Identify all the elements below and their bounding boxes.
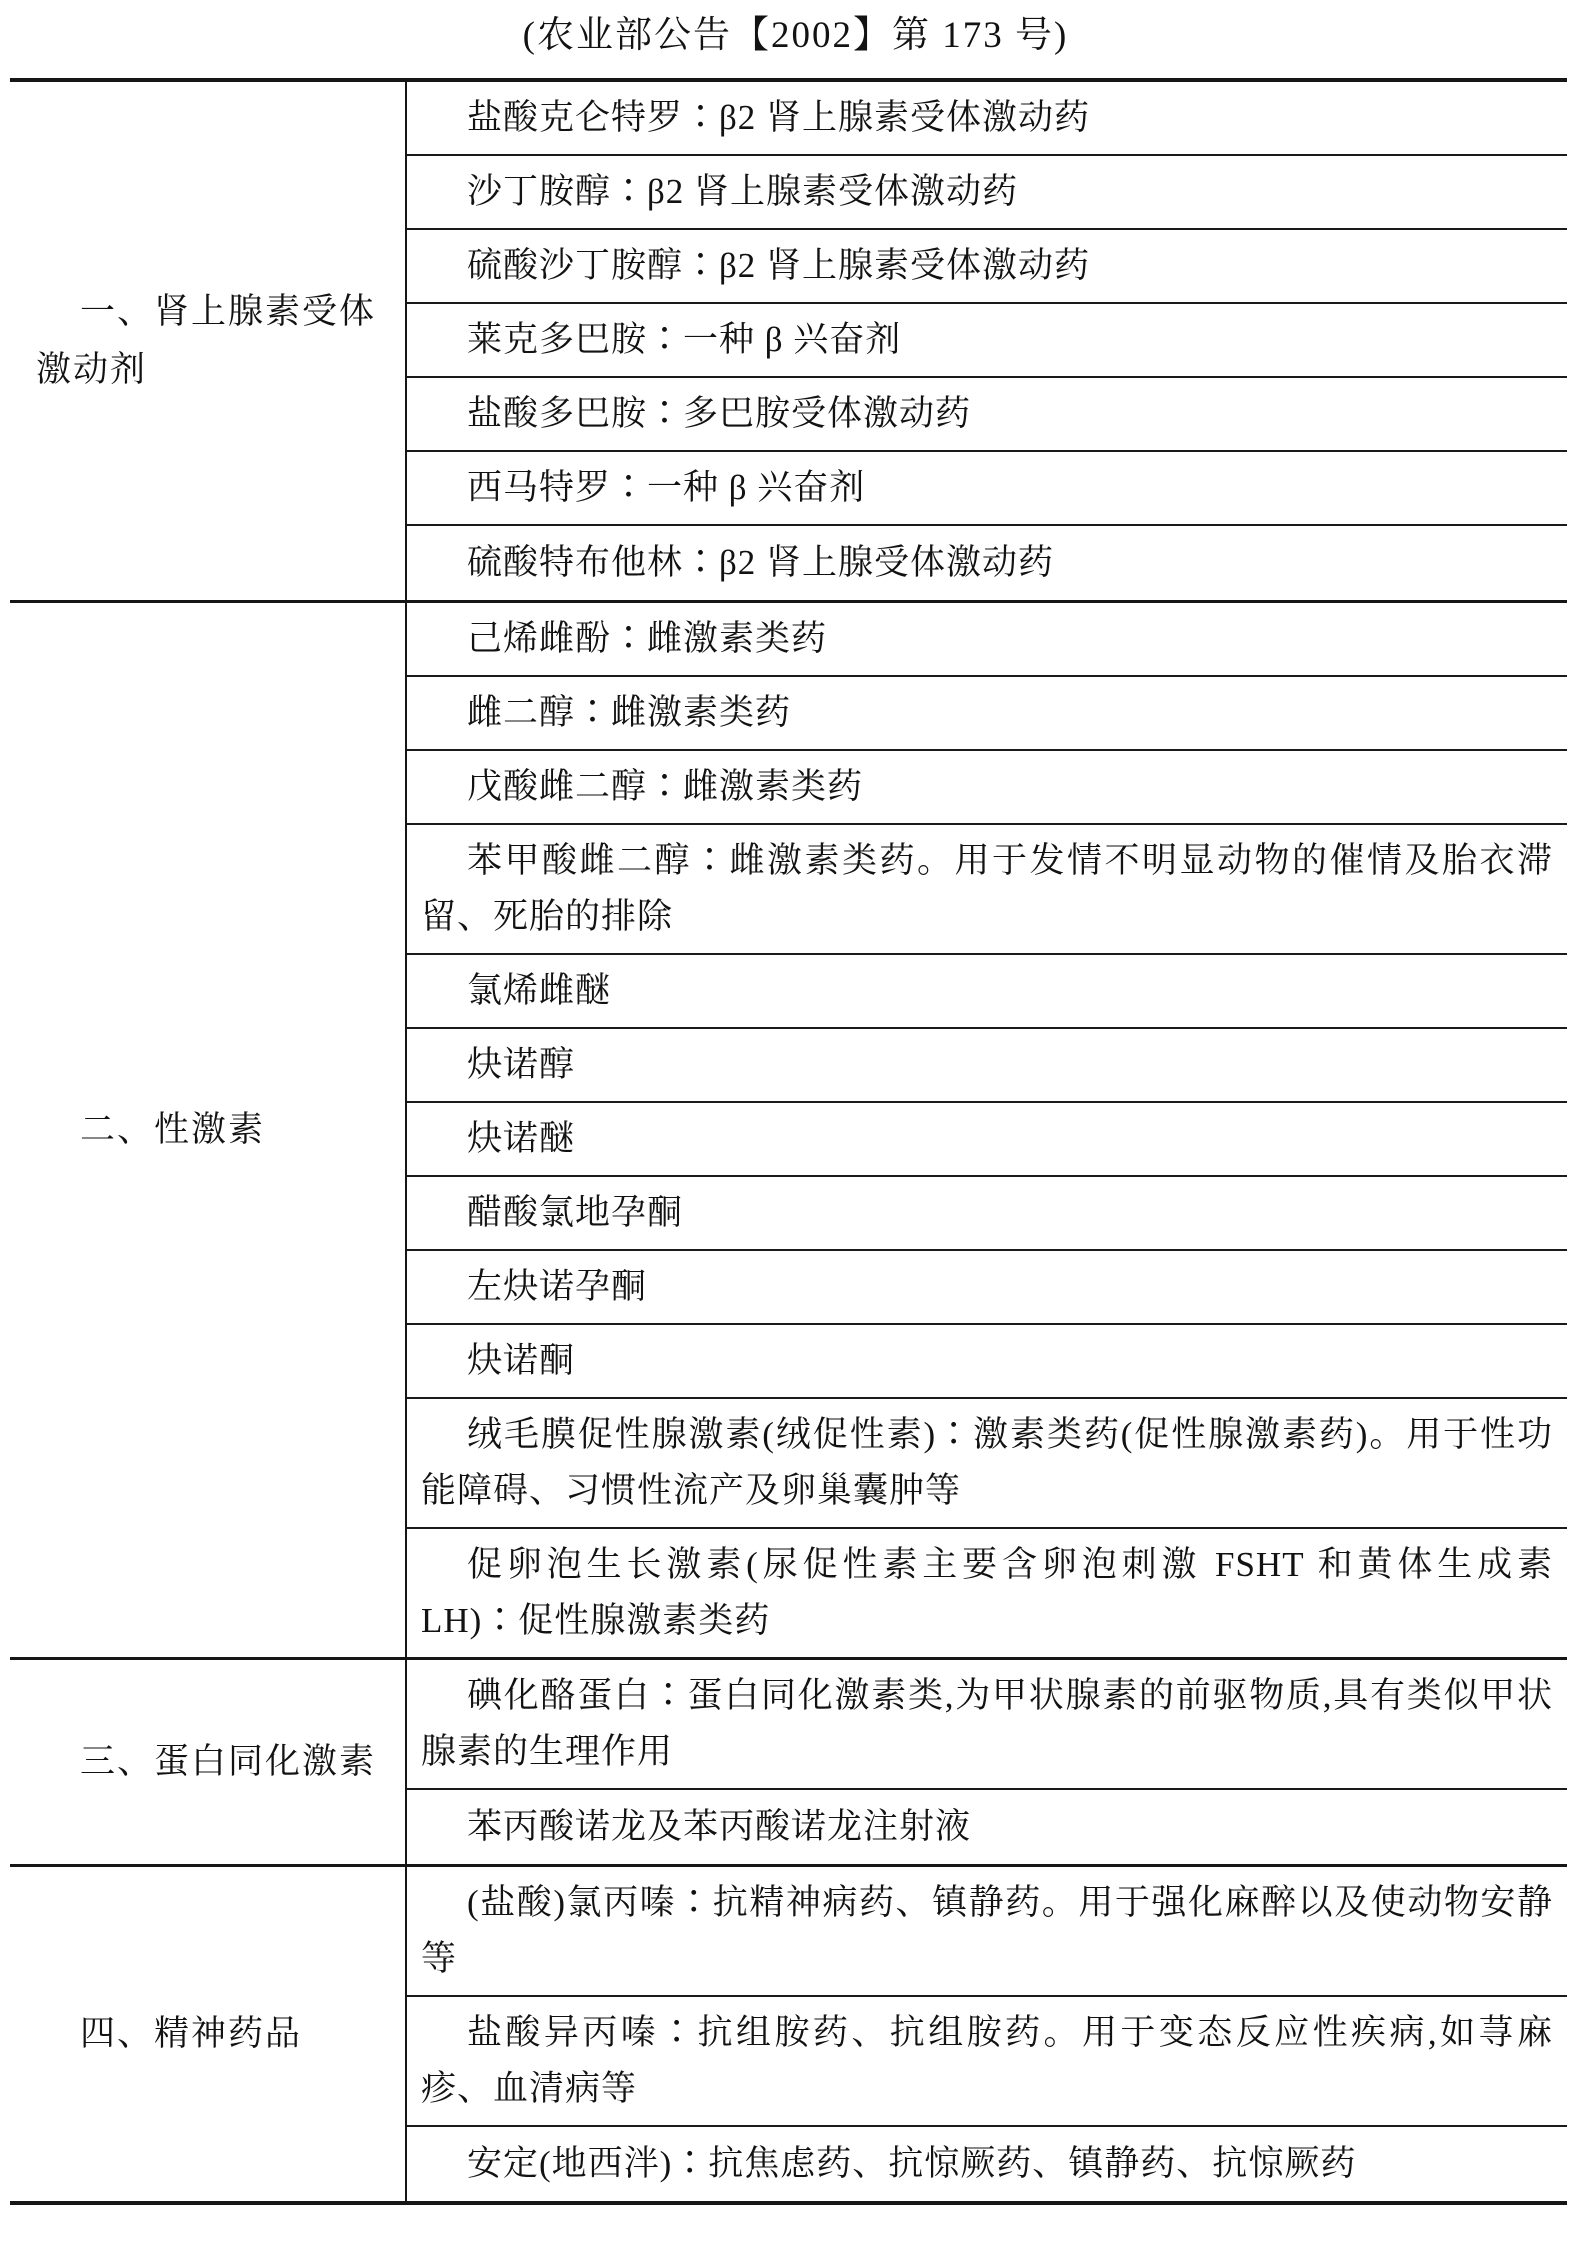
- table-row: 盐酸多巴胺∶多巴胺受体激动药: [407, 378, 1567, 452]
- document-page: (农业部公告【2002】第 173 号) 一、肾上腺素受体 激动剂 盐酸克仑特罗…: [0, 0, 1591, 2243]
- table-row: 苯甲酸雌二醇∶雌激素类药。用于发情不明显动物的催情及胎衣滞留、死胎的排除: [407, 825, 1567, 955]
- table-row: 苯丙酸诺龙及苯丙酸诺龙注射液: [407, 1790, 1567, 1864]
- table-row: 雌二醇∶雌激素类药: [407, 677, 1567, 751]
- category-cell: 一、肾上腺素受体 激动剂: [10, 82, 407, 600]
- section-adrenergic: 一、肾上腺素受体 激动剂 盐酸克仑特罗∶β2 肾上腺素受体激动药 沙丁胺醇∶β2…: [10, 82, 1567, 603]
- table-row: 西马特罗∶一种 β 兴奋剂: [407, 452, 1567, 526]
- category-cell: 二、性激素: [10, 603, 407, 1657]
- table-row: 碘化酪蛋白∶蛋白同化激素类,为甲状腺素的前驱物质,具有类似甲状腺素的生理作用: [407, 1660, 1567, 1790]
- table-row: 炔诺醚: [407, 1103, 1567, 1177]
- section-sex-hormones: 二、性激素 己烯雌酚∶雌激素类药 雌二醇∶雌激素类药 戊酸雌二醇∶雌激素类药 苯…: [10, 603, 1567, 1660]
- table-row: 左炔诺孕酮: [407, 1251, 1567, 1325]
- table-row: 安定(地西泮)∶抗焦虑药、抗惊厥药、镇静药、抗惊厥药: [407, 2127, 1567, 2201]
- table-row: (盐酸)氯丙嗪∶抗精神病药、镇静药。用于强化麻醉以及使动物安静等: [407, 1867, 1567, 1997]
- table-row: 莱克多巴胺∶一种 β 兴奋剂: [407, 304, 1567, 378]
- table-row: 硫酸特布他林∶β2 肾上腺受体激动药: [407, 526, 1567, 600]
- page-title: (农业部公告【2002】第 173 号): [0, 0, 1591, 60]
- rows-column: 己烯雌酚∶雌激素类药 雌二醇∶雌激素类药 戊酸雌二醇∶雌激素类药 苯甲酸雌二醇∶…: [407, 603, 1567, 1657]
- table-row: 己烯雌酚∶雌激素类药: [407, 603, 1567, 677]
- table-row: 沙丁胺醇∶β2 肾上腺素受体激动药: [407, 156, 1567, 230]
- table-row: 炔诺醇: [407, 1029, 1567, 1103]
- section-anabolic: 三、蛋白同化激素 碘化酪蛋白∶蛋白同化激素类,为甲状腺素的前驱物质,具有类似甲状…: [10, 1660, 1567, 1867]
- rows-column: 盐酸克仑特罗∶β2 肾上腺素受体激动药 沙丁胺醇∶β2 肾上腺素受体激动药 硫酸…: [407, 82, 1567, 600]
- prohibited-drugs-table: 一、肾上腺素受体 激动剂 盐酸克仑特罗∶β2 肾上腺素受体激动药 沙丁胺醇∶β2…: [10, 78, 1567, 2205]
- table-row: 盐酸异丙嗪∶抗组胺药、抗组胺药。用于变态反应性疾病,如荨麻疹、血清病等: [407, 1997, 1567, 2127]
- table-row: 醋酸氯地孕酮: [407, 1177, 1567, 1251]
- category-cell: 四、精神药品: [10, 1867, 407, 2201]
- table-row: 硫酸沙丁胺醇∶β2 肾上腺素受体激动药: [407, 230, 1567, 304]
- table-row: 戊酸雌二醇∶雌激素类药: [407, 751, 1567, 825]
- table-row: 绒毛膜促性腺激素(绒促性素)∶激素类药(促性腺激素药)。用于性功能障碍、习惯性流…: [407, 1399, 1567, 1529]
- category-cell: 三、蛋白同化激素: [10, 1660, 407, 1864]
- rows-column: (盐酸)氯丙嗪∶抗精神病药、镇静药。用于强化麻醉以及使动物安静等 盐酸异丙嗪∶抗…: [407, 1867, 1567, 2201]
- rows-column: 碘化酪蛋白∶蛋白同化激素类,为甲状腺素的前驱物质,具有类似甲状腺素的生理作用 苯…: [407, 1660, 1567, 1864]
- table-row: 氯烯雌醚: [407, 955, 1567, 1029]
- table-row: 促卵泡生长激素(尿促性素主要含卵泡刺激 FSHT 和黄体生成素 LH)∶促性腺激…: [407, 1529, 1567, 1657]
- table-row: 炔诺酮: [407, 1325, 1567, 1399]
- section-psychotropic: 四、精神药品 (盐酸)氯丙嗪∶抗精神病药、镇静药。用于强化麻醉以及使动物安静等 …: [10, 1867, 1567, 2201]
- table-row: 盐酸克仑特罗∶β2 肾上腺素受体激动药: [407, 82, 1567, 156]
